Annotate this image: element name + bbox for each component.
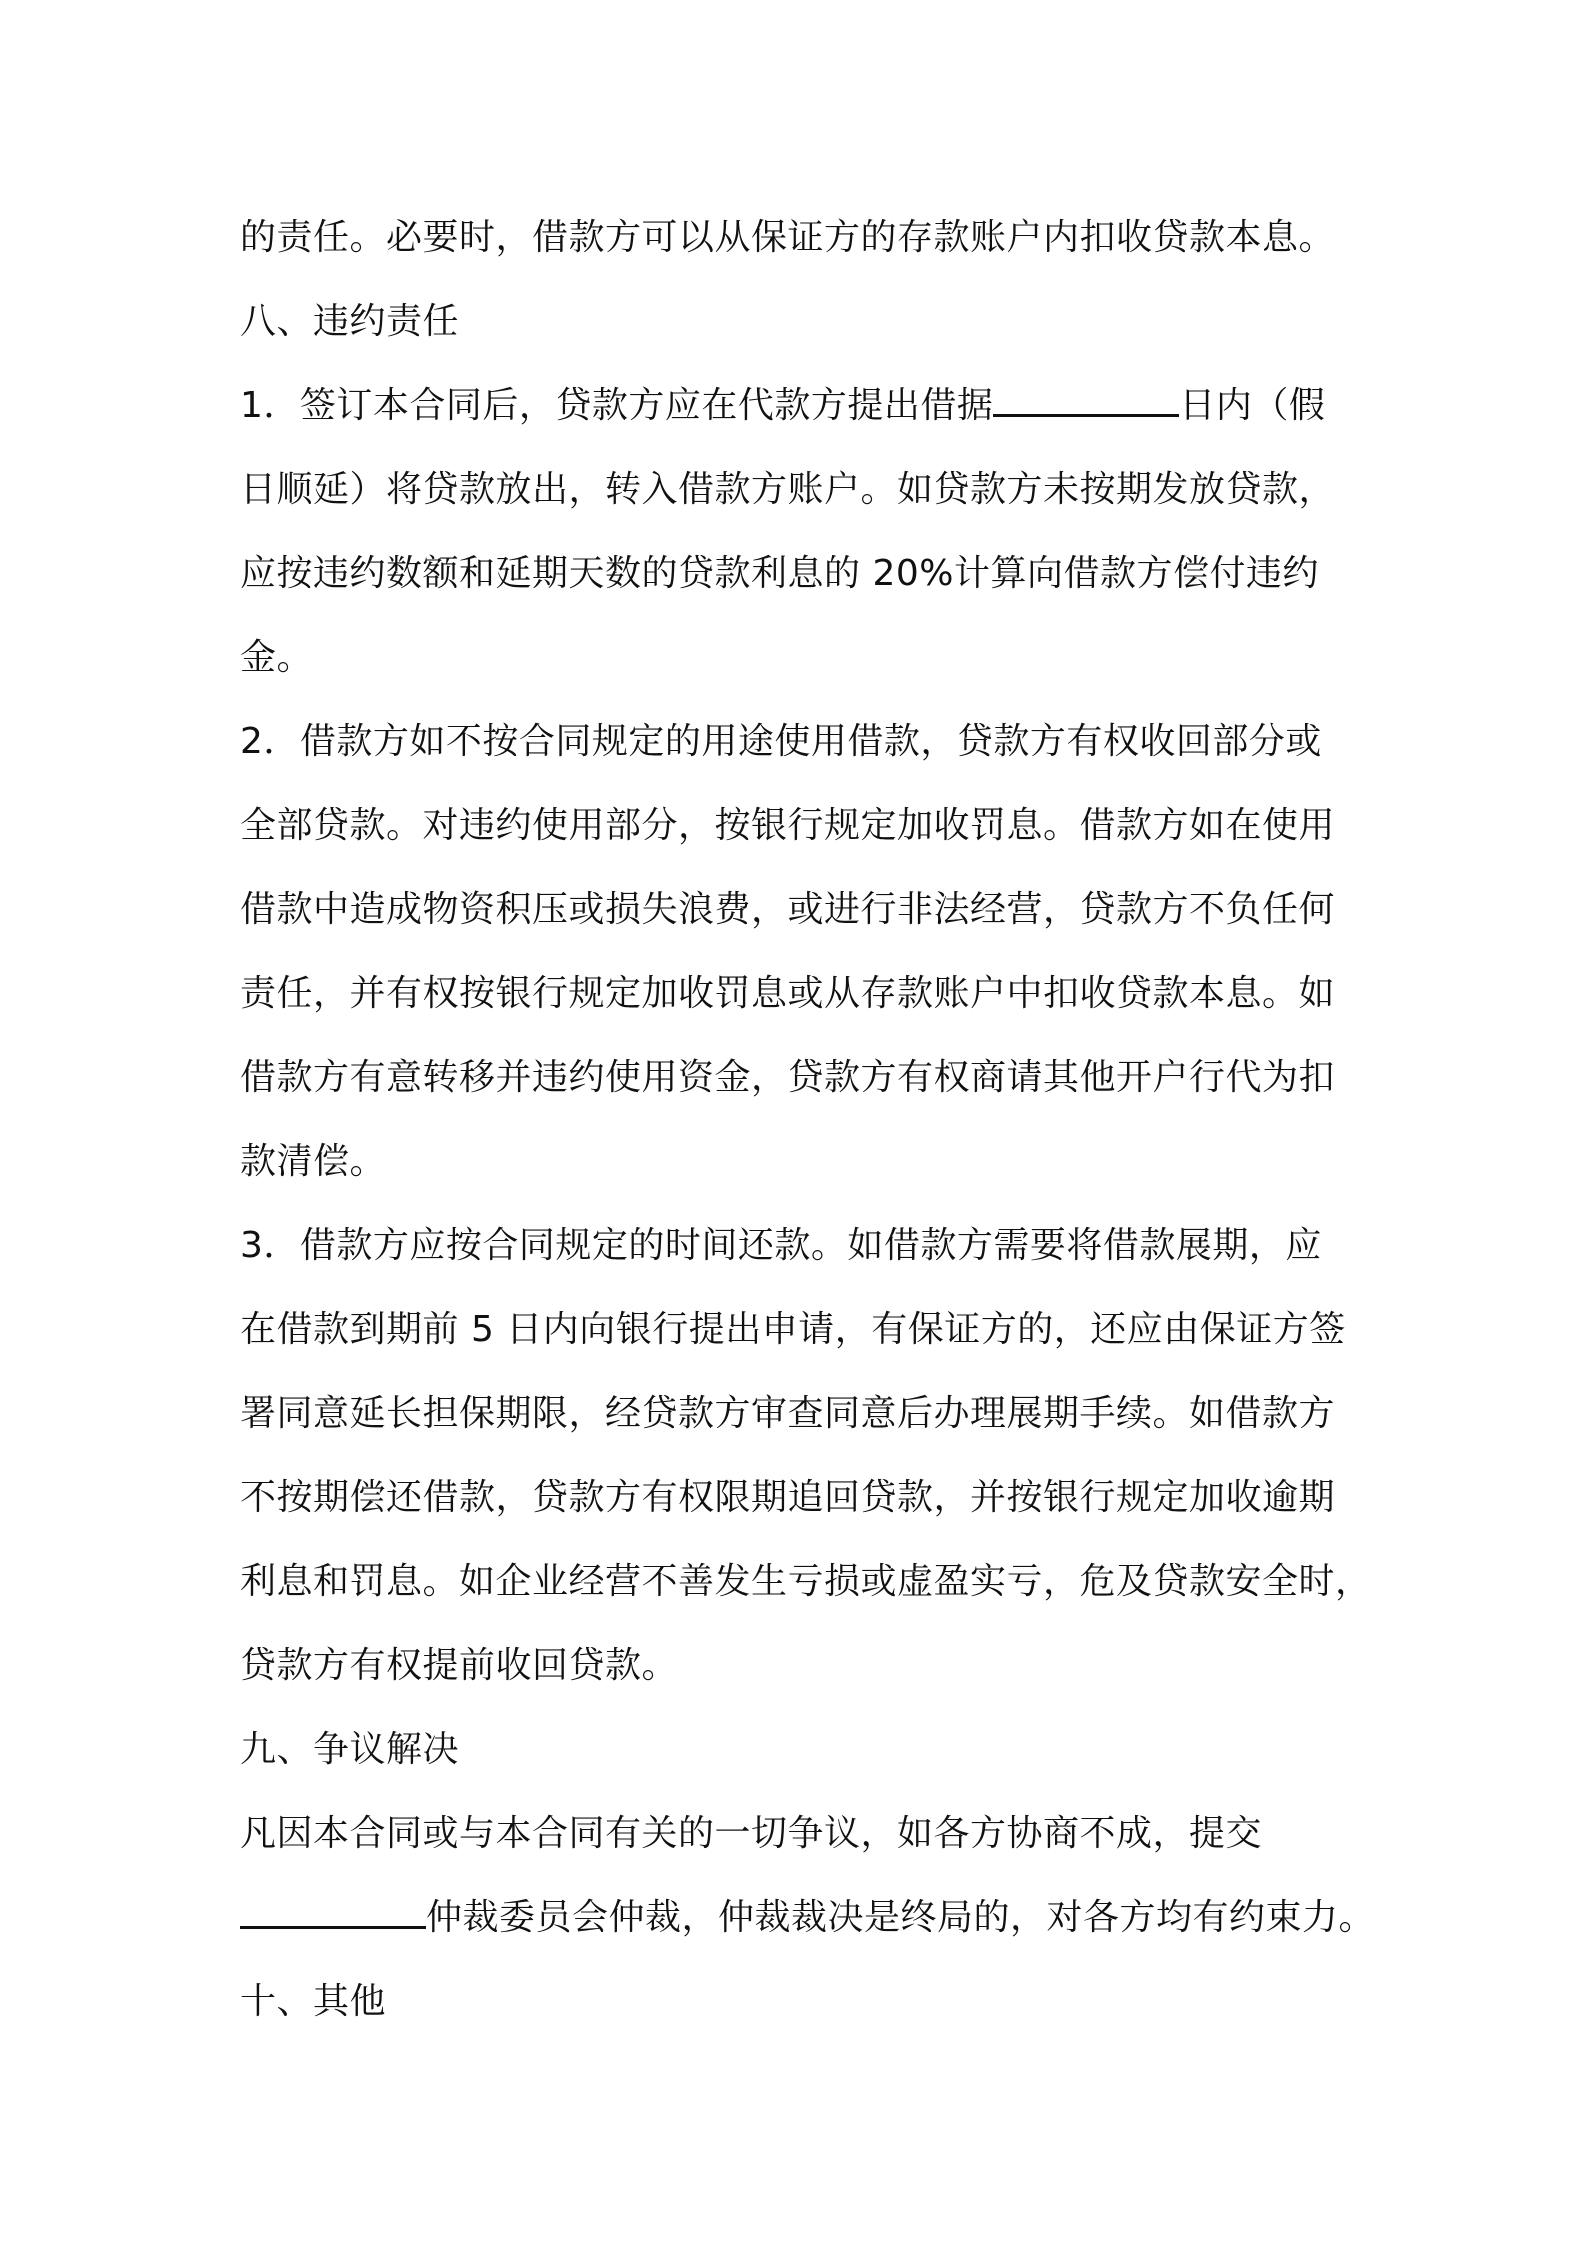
- loan-days-blank[interactable]: [993, 384, 1179, 417]
- clause-2-line: 2．借款方如不按合同规定的用途使用借款，贷款方有权收回部分或: [240, 700, 1360, 784]
- document-page: 的责任。必要时，借款方可以从保证方的存款账户内扣收贷款本息。 八、违约责任 1．…: [240, 196, 1360, 2044]
- paragraph-line: 借款中造成物资积压或损失浪费，或进行非法经营，贷款方不负任何: [240, 868, 1360, 952]
- arbitration-text: 仲裁委员会仲裁，仲裁裁决是终局的，对各方均有约束力。: [426, 1897, 1375, 1938]
- clause-3-line: 3．借款方应按合同规定的时间还款。如借款方需要将借款展期，应: [240, 1204, 1360, 1288]
- paragraph-line: 全部贷款。对违约使用部分，按银行规定加收罚息。借款方如在使用: [240, 784, 1360, 868]
- arbitration-line: 仲裁委员会仲裁，仲裁裁决是终局的，对各方均有约束力。: [240, 1876, 1360, 1960]
- paragraph-line: 借款方有意转移并违约使用资金，贷款方有权商请其他开户行代为扣: [240, 1036, 1360, 1120]
- paragraph-line: 应按违约数额和延期天数的贷款利息的 20%计算向借款方偿付违约: [240, 532, 1360, 616]
- section-heading-breach-liability: 八、违约责任: [240, 280, 1360, 364]
- paragraph-line: 贷款方有权提前收回贷款。: [240, 1624, 1360, 1708]
- paragraph-line: 在借款到期前 5 日内向银行提出申请，有保证方的，还应由保证方签: [240, 1288, 1360, 1372]
- paragraph-line: 责任，并有权按银行规定加收罚息或从存款账户中扣收贷款本息。如: [240, 952, 1360, 1036]
- paragraph-line: 金。: [240, 616, 1360, 700]
- clause-1-line: 1．签订本合同后，贷款方应在代款方提出借据日内（假: [240, 364, 1360, 448]
- section-heading-dispute-resolution: 九、争议解决: [240, 1708, 1360, 1792]
- paragraph-line: 署同意延长担保期限，经贷款方审查同意后办理展期手续。如借款方: [240, 1372, 1360, 1456]
- paragraph-line: 不按期偿还借款，贷款方有权限期追回贷款，并按银行规定加收逾期: [240, 1456, 1360, 1540]
- paragraph-line: 款清偿。: [240, 1120, 1360, 1204]
- paragraph-line: 日顺延）将贷款放出，转入借款方账户。如贷款方未按期发放贷款，: [240, 448, 1360, 532]
- clause-1-text-cont: 日内（假: [1179, 385, 1325, 426]
- clause-1-text: 1．签订本合同后，贷款方应在代款方提出借据: [240, 385, 993, 426]
- section-heading-other: 十、其他: [240, 1960, 1360, 2044]
- arbitration-commission-blank[interactable]: [240, 1896, 426, 1929]
- paragraph-line: 利息和罚息。如企业经营不善发生亏损或虚盈实亏，危及贷款安全时，: [240, 1540, 1360, 1624]
- paragraph-line: 的责任。必要时，借款方可以从保证方的存款账户内扣收贷款本息。: [240, 196, 1360, 280]
- paragraph-line: 凡因本合同或与本合同有关的一切争议，如各方协商不成，提交: [240, 1792, 1360, 1876]
